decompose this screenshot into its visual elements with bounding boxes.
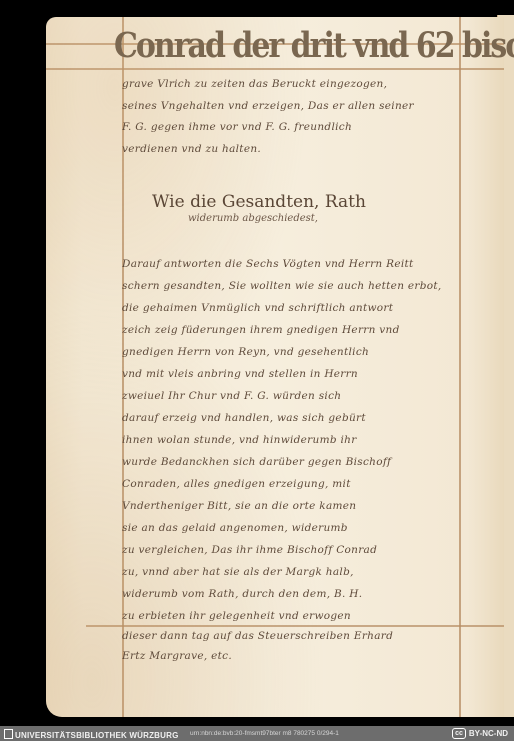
text-line: zeich zeig füderungen ihrem gnedigen Her…: [122, 324, 482, 336]
license-link[interactable]: cc BY-NC-ND: [452, 728, 508, 739]
text-line: vnd mit vleis anbring vnd stellen in Her…: [122, 368, 482, 380]
institution-label: UNIVERSITÄTSBIBLIOTHEK WÜRZBURG: [4, 729, 179, 740]
page-heading: Conrad der drit vnd 62 bischof: [114, 26, 474, 66]
heading-rule: [46, 68, 504, 70]
scan-viewer: Conrad der drit vnd 62 bischof grave Vlr…: [0, 0, 514, 726]
creative-commons-icon: cc: [452, 728, 466, 739]
text-line: Vndertheniger Bitt, sie an die orte kame…: [122, 500, 482, 512]
text-line: Ertz Margrave, etc.: [122, 650, 482, 662]
text-line: zu erbieten ihr gelegenheit vnd erwogen: [122, 610, 482, 622]
text-line: wurde Bedanckhen sich darüber gegen Bisc…: [122, 456, 482, 468]
text-line: zu, vnnd aber hat sie als der Margk halb…: [122, 566, 482, 578]
text-line: ihnen wolan stunde, vnd hinwiderumb ihr: [122, 434, 482, 446]
urn-label: urn:nbn:de:bvb:20-fmsmt97bter m8 780275 …: [190, 730, 339, 737]
text-line: seines Vngehalten vnd erzeigen, Das er a…: [122, 100, 482, 112]
text-line: die gehaimen Vnmüglich vnd schriftlich a…: [122, 302, 482, 314]
text-line: schern gesandten, Sie wollten wie sie au…: [122, 280, 482, 292]
footer-bar: UNIVERSITÄTSBIBLIOTHEK WÜRZBURG urn:nbn:…: [0, 726, 514, 741]
bottom-rule: [86, 625, 504, 627]
library-logo-icon: [4, 729, 13, 739]
section-heading: Wie die Gesandten, Rath: [152, 192, 366, 212]
text-line: darauf erzeig vnd handlen, was sich gebü…: [122, 412, 482, 424]
text-line: F. G. gegen ihme vor vnd F. G. freundlic…: [122, 121, 482, 133]
text-line: Darauf antworten die Sechs Vögten vnd He…: [122, 258, 482, 270]
text-line: sie an das gelaid angenomen, widerumb: [122, 522, 482, 534]
license-label: BY-NC-ND: [469, 729, 508, 738]
text-line: dieser dann tag auf das Steuerschreiben …: [122, 630, 482, 642]
institution-name: UNIVERSITÄTSBIBLIOTHEK WÜRZBURG: [15, 731, 179, 740]
text-line: gnedigen Herrn von Reyn, vnd gesehentlic…: [122, 346, 482, 358]
section-subheading: widerumb abgeschiedest,: [188, 213, 318, 224]
text-line: verdienen vnd zu halten.: [122, 143, 482, 155]
text-line: zu vergleichen, Das ihr ihme Bischoff Co…: [122, 544, 482, 556]
text-line: Conraden, alles gnedigen erzeigung, mit: [122, 478, 482, 490]
text-line: zweiuel Ihr Chur vnd F. G. würden sich: [122, 390, 482, 402]
text-line: grave Vlrich zu zeiten das Beruckt einge…: [122, 78, 482, 90]
text-line: widerumb vom Rath, durch den dem, B. H.: [122, 588, 482, 600]
